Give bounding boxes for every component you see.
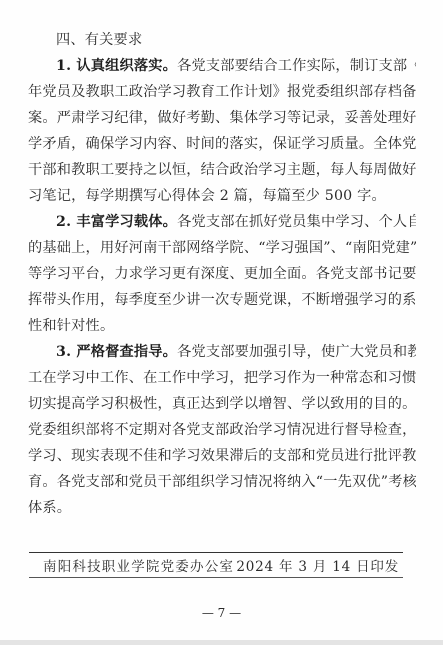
paragraph-text: 各党支部要加强引导，使广大党员和教职: [177, 344, 416, 360]
item-2-title: 2. 丰富学习载体。: [56, 214, 177, 230]
page-number: — 7 —: [0, 606, 443, 620]
issuance-footer: 南阳科技职业学院党委办公室 2024 年 3 月 14 日印发: [29, 552, 403, 578]
paragraph-line: 党委组织部将不定期对各党支部政治学习情况进行督导检查，对: [28, 417, 416, 443]
viewer-bottom-strip: [0, 640, 443, 645]
paragraph-line: 学矛盾，确保学习内容、时间的落实，保证学习质量。全体党员: [28, 131, 416, 157]
section-heading: 四、有关要求: [56, 27, 416, 53]
issuer-name: 南阳科技职业学院党委办公室: [43, 555, 234, 575]
paragraph-line: 性和针对性。: [28, 313, 416, 339]
paragraph-line: 习笔记，每学期撰写心得体会 2 篇，每篇至少 500 字。: [28, 183, 416, 209]
paragraph-line: 工在学习中工作、在工作中学习，把学习作为一种常态和习惯，: [28, 365, 416, 391]
paragraph-line: 切实提高学习积极性，真正达到学以增智、学以致用的目的。校: [28, 391, 416, 417]
item-3-title: 3. 严格督查指导。: [56, 344, 177, 360]
issue-date: 2024 年 3 月 14 日印发: [236, 555, 399, 575]
paragraph-line: 的基础上，用好河南干部网络学院、“学习强国”、“南阳党建”: [28, 235, 416, 261]
paragraph-text: 各党支部在抓好党员集中学习、个人自学: [177, 214, 416, 230]
item-1-first-line: 1. 认真组织落实。各党支部要结合工作实际，制订支部《2024: [56, 53, 416, 79]
item-1-title: 1. 认真组织落实。: [56, 58, 177, 74]
paragraph-line: 育。各党支部和党员干部组织学习情况将纳入“一先双优”考核: [28, 469, 416, 495]
item-3-first-line: 3. 严格督查指导。各党支部要加强引导，使广大党员和教职: [56, 339, 416, 365]
document-page: 四、有关要求 1. 认真组织落实。各党支部要结合工作实际，制订支部《2024 年…: [0, 0, 443, 640]
item-2-first-line: 2. 丰富学习载体。各党支部在抓好党员集中学习、个人自学: [56, 209, 416, 235]
paragraph-line: 挥带头作用，每季度至少讲一次专题党课，不断增强学习的系统: [28, 287, 416, 313]
paragraph-line: 等学习平台，力求学习更有深度、更加全面。各党支部书记要发: [28, 261, 416, 287]
paragraph-line: 案。严肃学习纪律，做好考勤、集体学习等记录，妥善处理好工: [28, 105, 416, 131]
paragraph-line: 体系。: [28, 495, 416, 521]
paragraph-line: 年党员及教职工政治学习教育工作计划》报党委组织部存档备: [28, 79, 416, 105]
paragraph-line: 干部和教职工要持之以恒，结合政治学习主题，每人每周做好学: [28, 157, 416, 183]
paragraph-line: 学习、现实表现不佳和学习效果滞后的支部和党员进行批评教: [28, 443, 416, 469]
paragraph-text: 各党支部要结合工作实际，制订支部《2024: [177, 58, 416, 74]
